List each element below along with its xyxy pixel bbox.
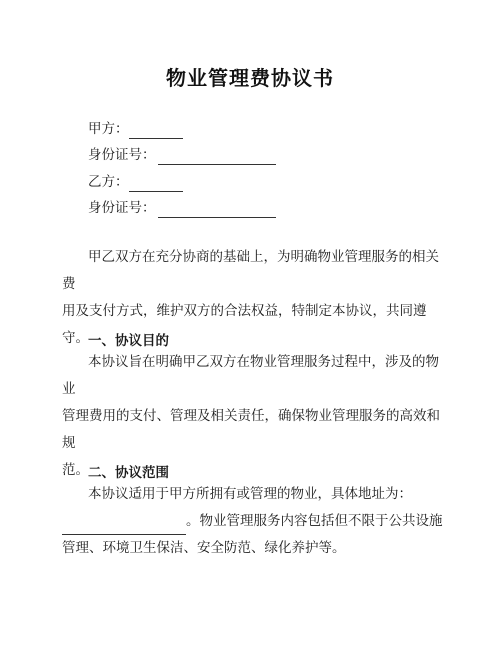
- party-b-id-blank[interactable]: [158, 203, 276, 218]
- party-b-field: 乙方：: [88, 172, 183, 192]
- address-blank[interactable]: [62, 520, 186, 535]
- section-1-heading: 一、协议目的: [88, 329, 169, 349]
- party-b-id-label: 身份证号：: [88, 200, 156, 216]
- party-b-id-field: 身份证号：: [88, 198, 276, 218]
- party-a-id-blank[interactable]: [158, 150, 276, 165]
- party-a-id-field: 身份证号：: [88, 145, 276, 165]
- party-a-label: 甲方：: [88, 121, 129, 137]
- section-2-paragraph: 本协议适用于甲方所拥有或管理的物业，具体地址为： 。物业管理服务内容包括但不限于…: [62, 481, 442, 562]
- party-b-label: 乙方：: [88, 174, 129, 190]
- party-a-field: 甲方：: [88, 119, 183, 139]
- party-a-blank[interactable]: [129, 124, 183, 139]
- document-title: 物业管理费协议书: [0, 62, 500, 91]
- party-b-blank[interactable]: [129, 177, 183, 192]
- party-a-id-label: 身份证号：: [88, 147, 156, 163]
- section-2-heading: 二、协议范围: [88, 461, 169, 481]
